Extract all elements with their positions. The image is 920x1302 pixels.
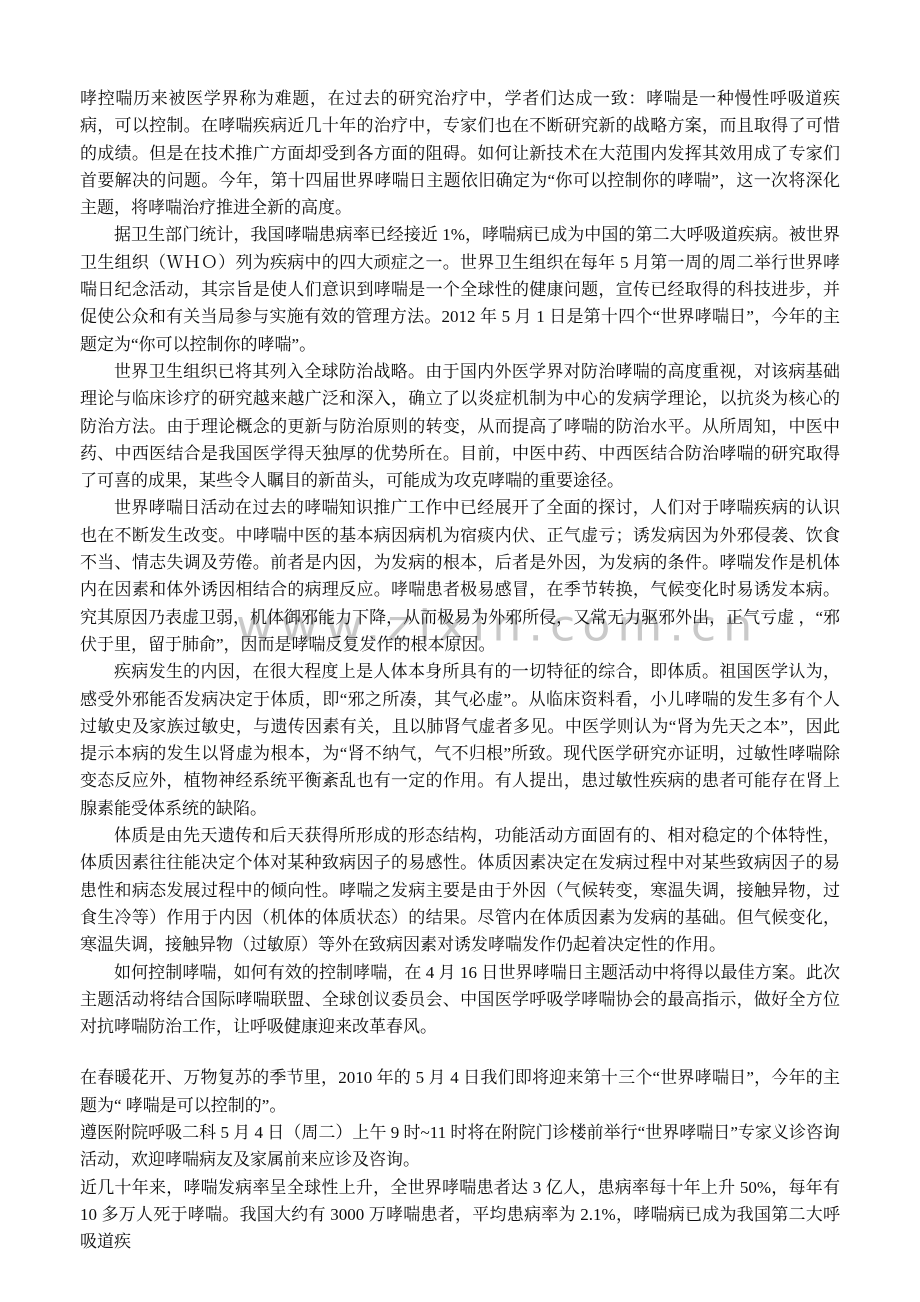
paragraph: 如何控制哮喘，如何有效的控制哮喘，在 4 月 16 日世界哮喘日主题活动中将得以…: [80, 959, 840, 1041]
article-body: 哮控喘历来被医学界称为难题，在过去的研究治疗中，学者们达成一致：哮喘是一种慢性呼…: [80, 85, 840, 1255]
paragraph: 近几十年来，哮喘发病率呈全球性上升，全世界哮喘患者达 3 亿人，患病率每十年上升…: [80, 1174, 840, 1256]
paragraph: 世界哮喘日活动在过去的哮喘知识推广工作中已经展开了全面的探讨，人们对于哮喘疾病的…: [80, 494, 840, 658]
announcement-block: 在春暖花开、万物复苏的季节里，2010 年的 5 月 4 日我们即将迎来第十三个…: [80, 1064, 840, 1255]
document-page: www.zixin.com.cn 哮控喘历来被医学界称为难题，在过去的研究治疗中…: [0, 0, 920, 1302]
paragraph: 据卫生部门统计，我国哮喘患病率已经接近 1%，哮喘病已成为中国的第二大呼吸道疾病…: [80, 221, 840, 357]
paragraph: 哮控喘历来被医学界称为难题，在过去的研究治疗中，学者们达成一致：哮喘是一种慢性呼…: [80, 85, 840, 221]
paragraph: 体质是由先天遗传和后天获得所形成的形态结构，功能活动方面固有的、相对稳定的个体特…: [80, 822, 840, 958]
paragraph: 遵医附院呼吸二科 5 月 4 日（周二）上午 9 时~11 时将在附院门诊楼前举…: [80, 1119, 840, 1174]
paragraph: 疾病发生的内因，在很大程度上是人体本身所具有的一切特征的综合，即体质。祖国医学认…: [80, 658, 840, 822]
paragraph: 在春暖花开、万物复苏的季节里，2010 年的 5 月 4 日我们即将迎来第十三个…: [80, 1064, 840, 1119]
paragraph: 世界卫生组织已将其列入全球防治战略。由于国内外医学界对防治哮喘的高度重视，对该病…: [80, 358, 840, 494]
